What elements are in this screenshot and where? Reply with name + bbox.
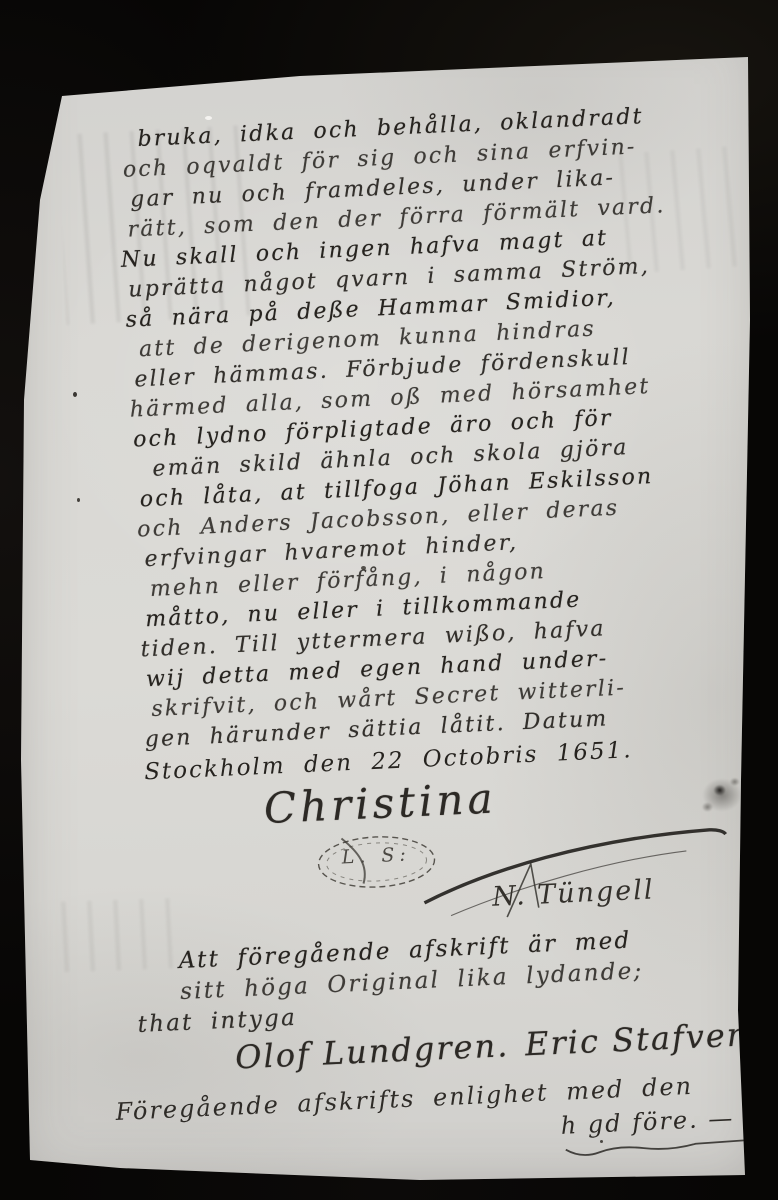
manuscript-page: bruka, idka och behålla, oklandradt och … [0,0,778,1200]
paper-speck [77,498,80,502]
body-text: bruka, idka och behålla, oklandradt och … [115,98,753,755]
manuscript-text-block: bruka, idka och behålla, oklandradt och … [115,98,772,1178]
archival-note-continuation: h gd före. — [560,1101,778,1159]
secretary-signature-block: N. Tüngell [418,824,752,925]
photograph-of-manuscript: bruka, idka och behålla, oklandradt och … [0,0,778,1200]
pen-flourish [418,824,752,925]
paper-speck [73,392,77,397]
paper-speck [205,116,212,120]
